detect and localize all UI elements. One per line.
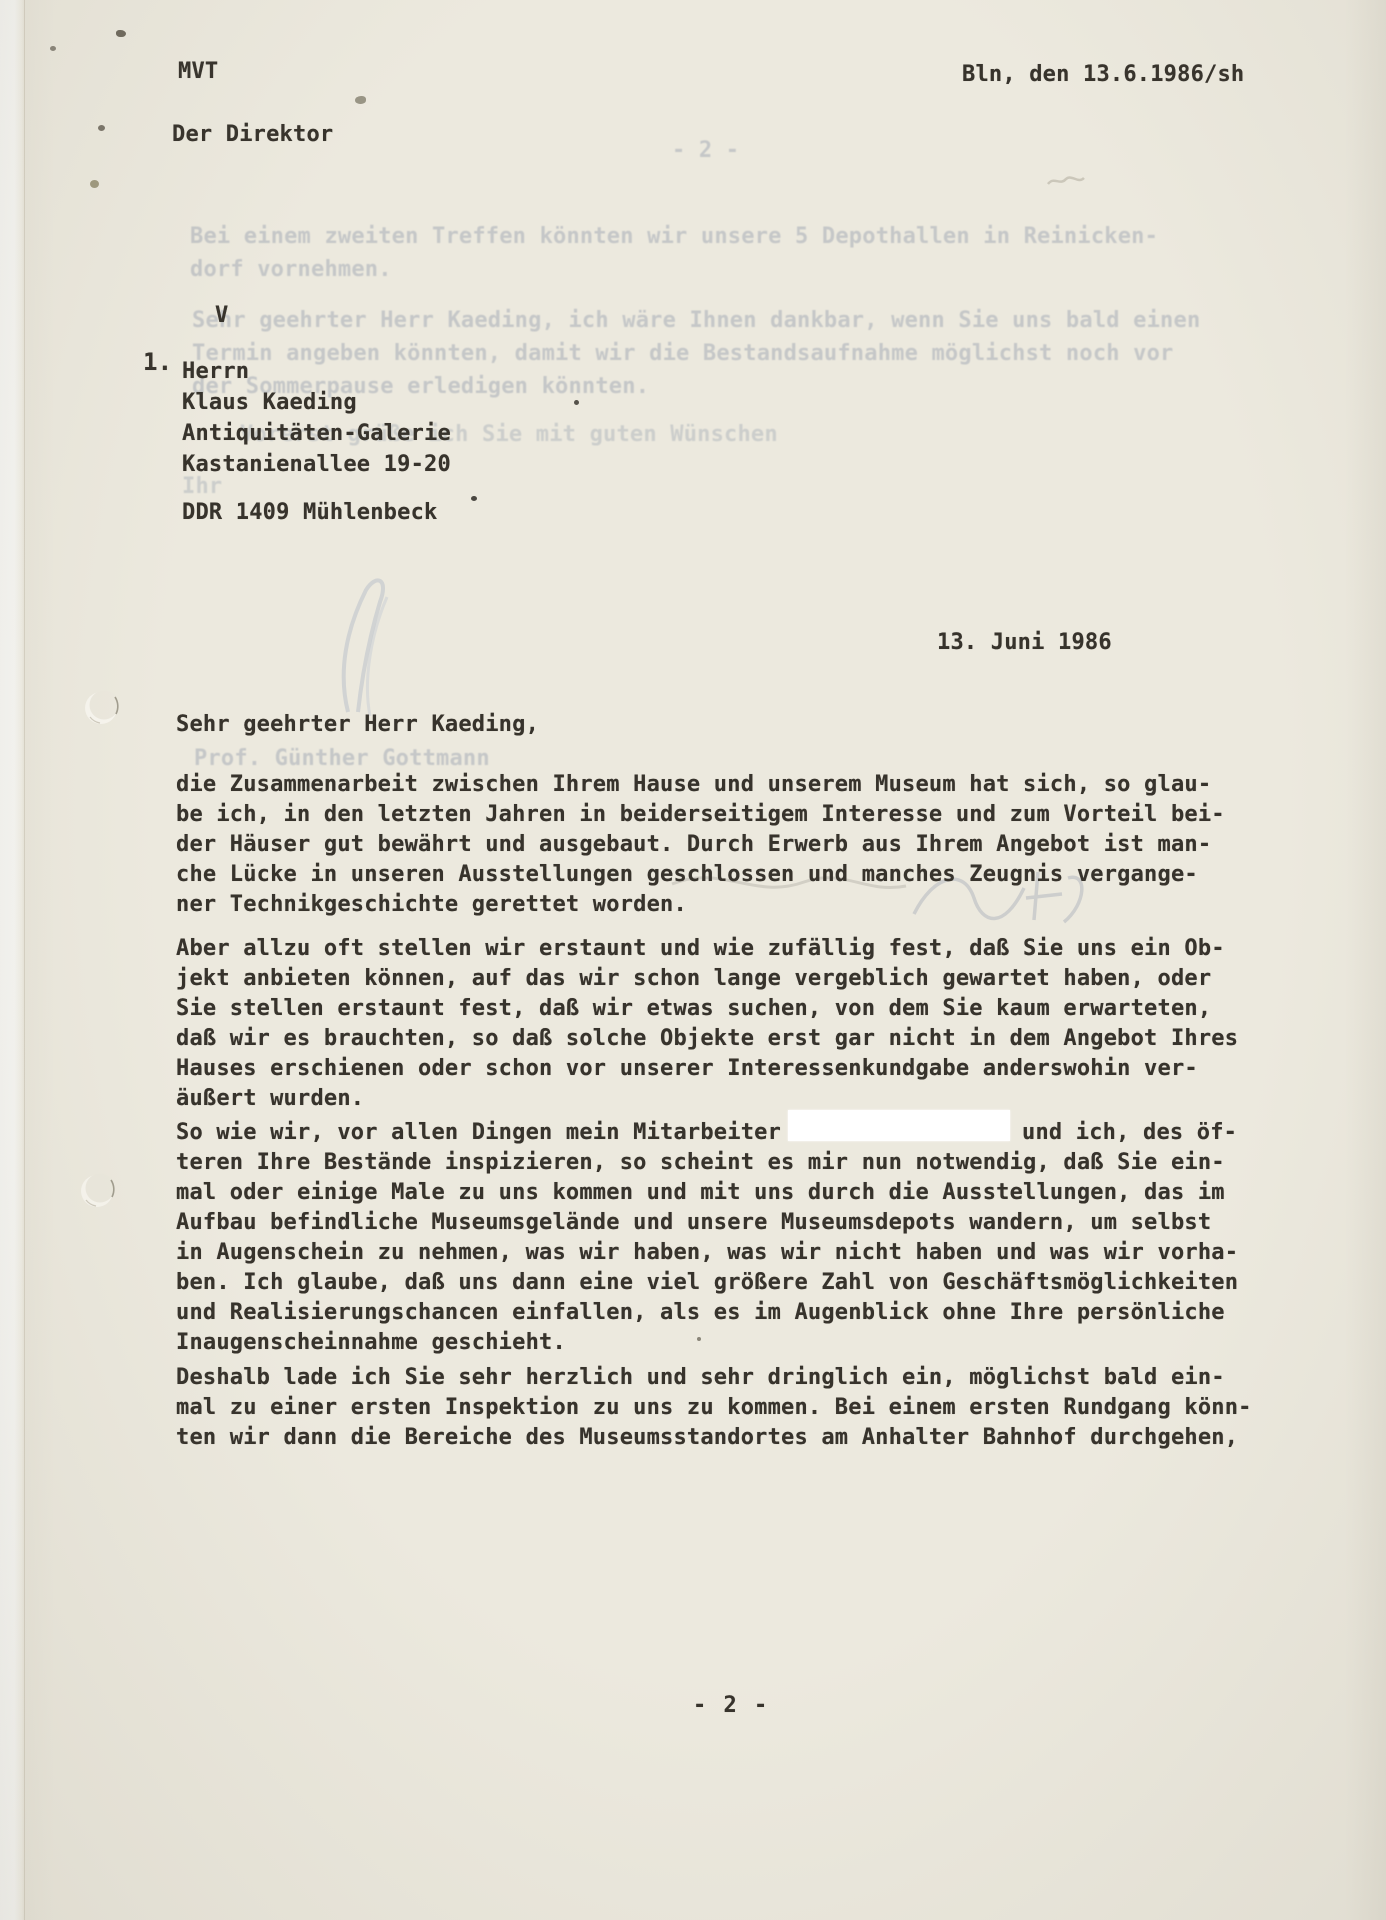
- speck: [50, 46, 56, 51]
- item-number-mark: 1.: [143, 347, 172, 377]
- scan-edge-strip: [0, 0, 25, 1920]
- redaction-box: [788, 1110, 1010, 1141]
- paragraph-3-after-redaction: und ich, des öf-: [1022, 1118, 1237, 1148]
- scanned-letter-page: - 2 - Bei einem zweiten Treffen könnten …: [0, 0, 1386, 1920]
- speck: [574, 400, 579, 405]
- recipient-address: Herrn Klaus Kaeding Antiquitäten-Galerie…: [182, 356, 451, 480]
- org-abbreviation: MVT: [178, 57, 218, 87]
- recipient-country-line: DDR 1409 Mühlenbeck: [182, 497, 437, 528]
- letter-date: 13. Juni 1986: [937, 628, 1112, 658]
- speck: [90, 180, 99, 188]
- speck: [98, 125, 105, 131]
- punch-hole-top: [82, 689, 120, 731]
- speck: [116, 30, 126, 37]
- paragraph-3-before-redaction: So wie wir, vor allen Dingen mein Mitarb…: [176, 1118, 781, 1148]
- paragraph-2: Aber allzu oft stellen wir erstaunt und …: [176, 934, 1238, 1114]
- pencil-smudge: [1046, 172, 1086, 194]
- ghost-paragraph-top: Bei einem zweiten Treffen könnten wir un…: [190, 220, 1158, 286]
- speck: [697, 1337, 701, 1341]
- punch-hole-bottom: [78, 1172, 116, 1214]
- paragraph-3-rest: teren Ihre Bestände inspizieren, so sche…: [176, 1148, 1238, 1358]
- speck: [471, 496, 477, 501]
- salutation: Sehr geehrter Herr Kaeding,: [176, 710, 539, 740]
- pencil-flourish: [318, 570, 410, 724]
- paragraph-4: Deshalb lade ich Sie sehr herzlich und s…: [176, 1363, 1252, 1453]
- ghost-page-number: - 2 -: [672, 134, 739, 167]
- dateline: Bln, den 13.6.1986/sh: [962, 60, 1244, 90]
- sender-title: Der Direktor: [172, 120, 333, 150]
- speck: [355, 96, 366, 104]
- page-number: - 2 -: [693, 1691, 769, 1721]
- routing-mark: V: [215, 301, 228, 331]
- paragraph-1: die Zusammenarbeit zwischen Ihrem Hause …: [176, 770, 1225, 920]
